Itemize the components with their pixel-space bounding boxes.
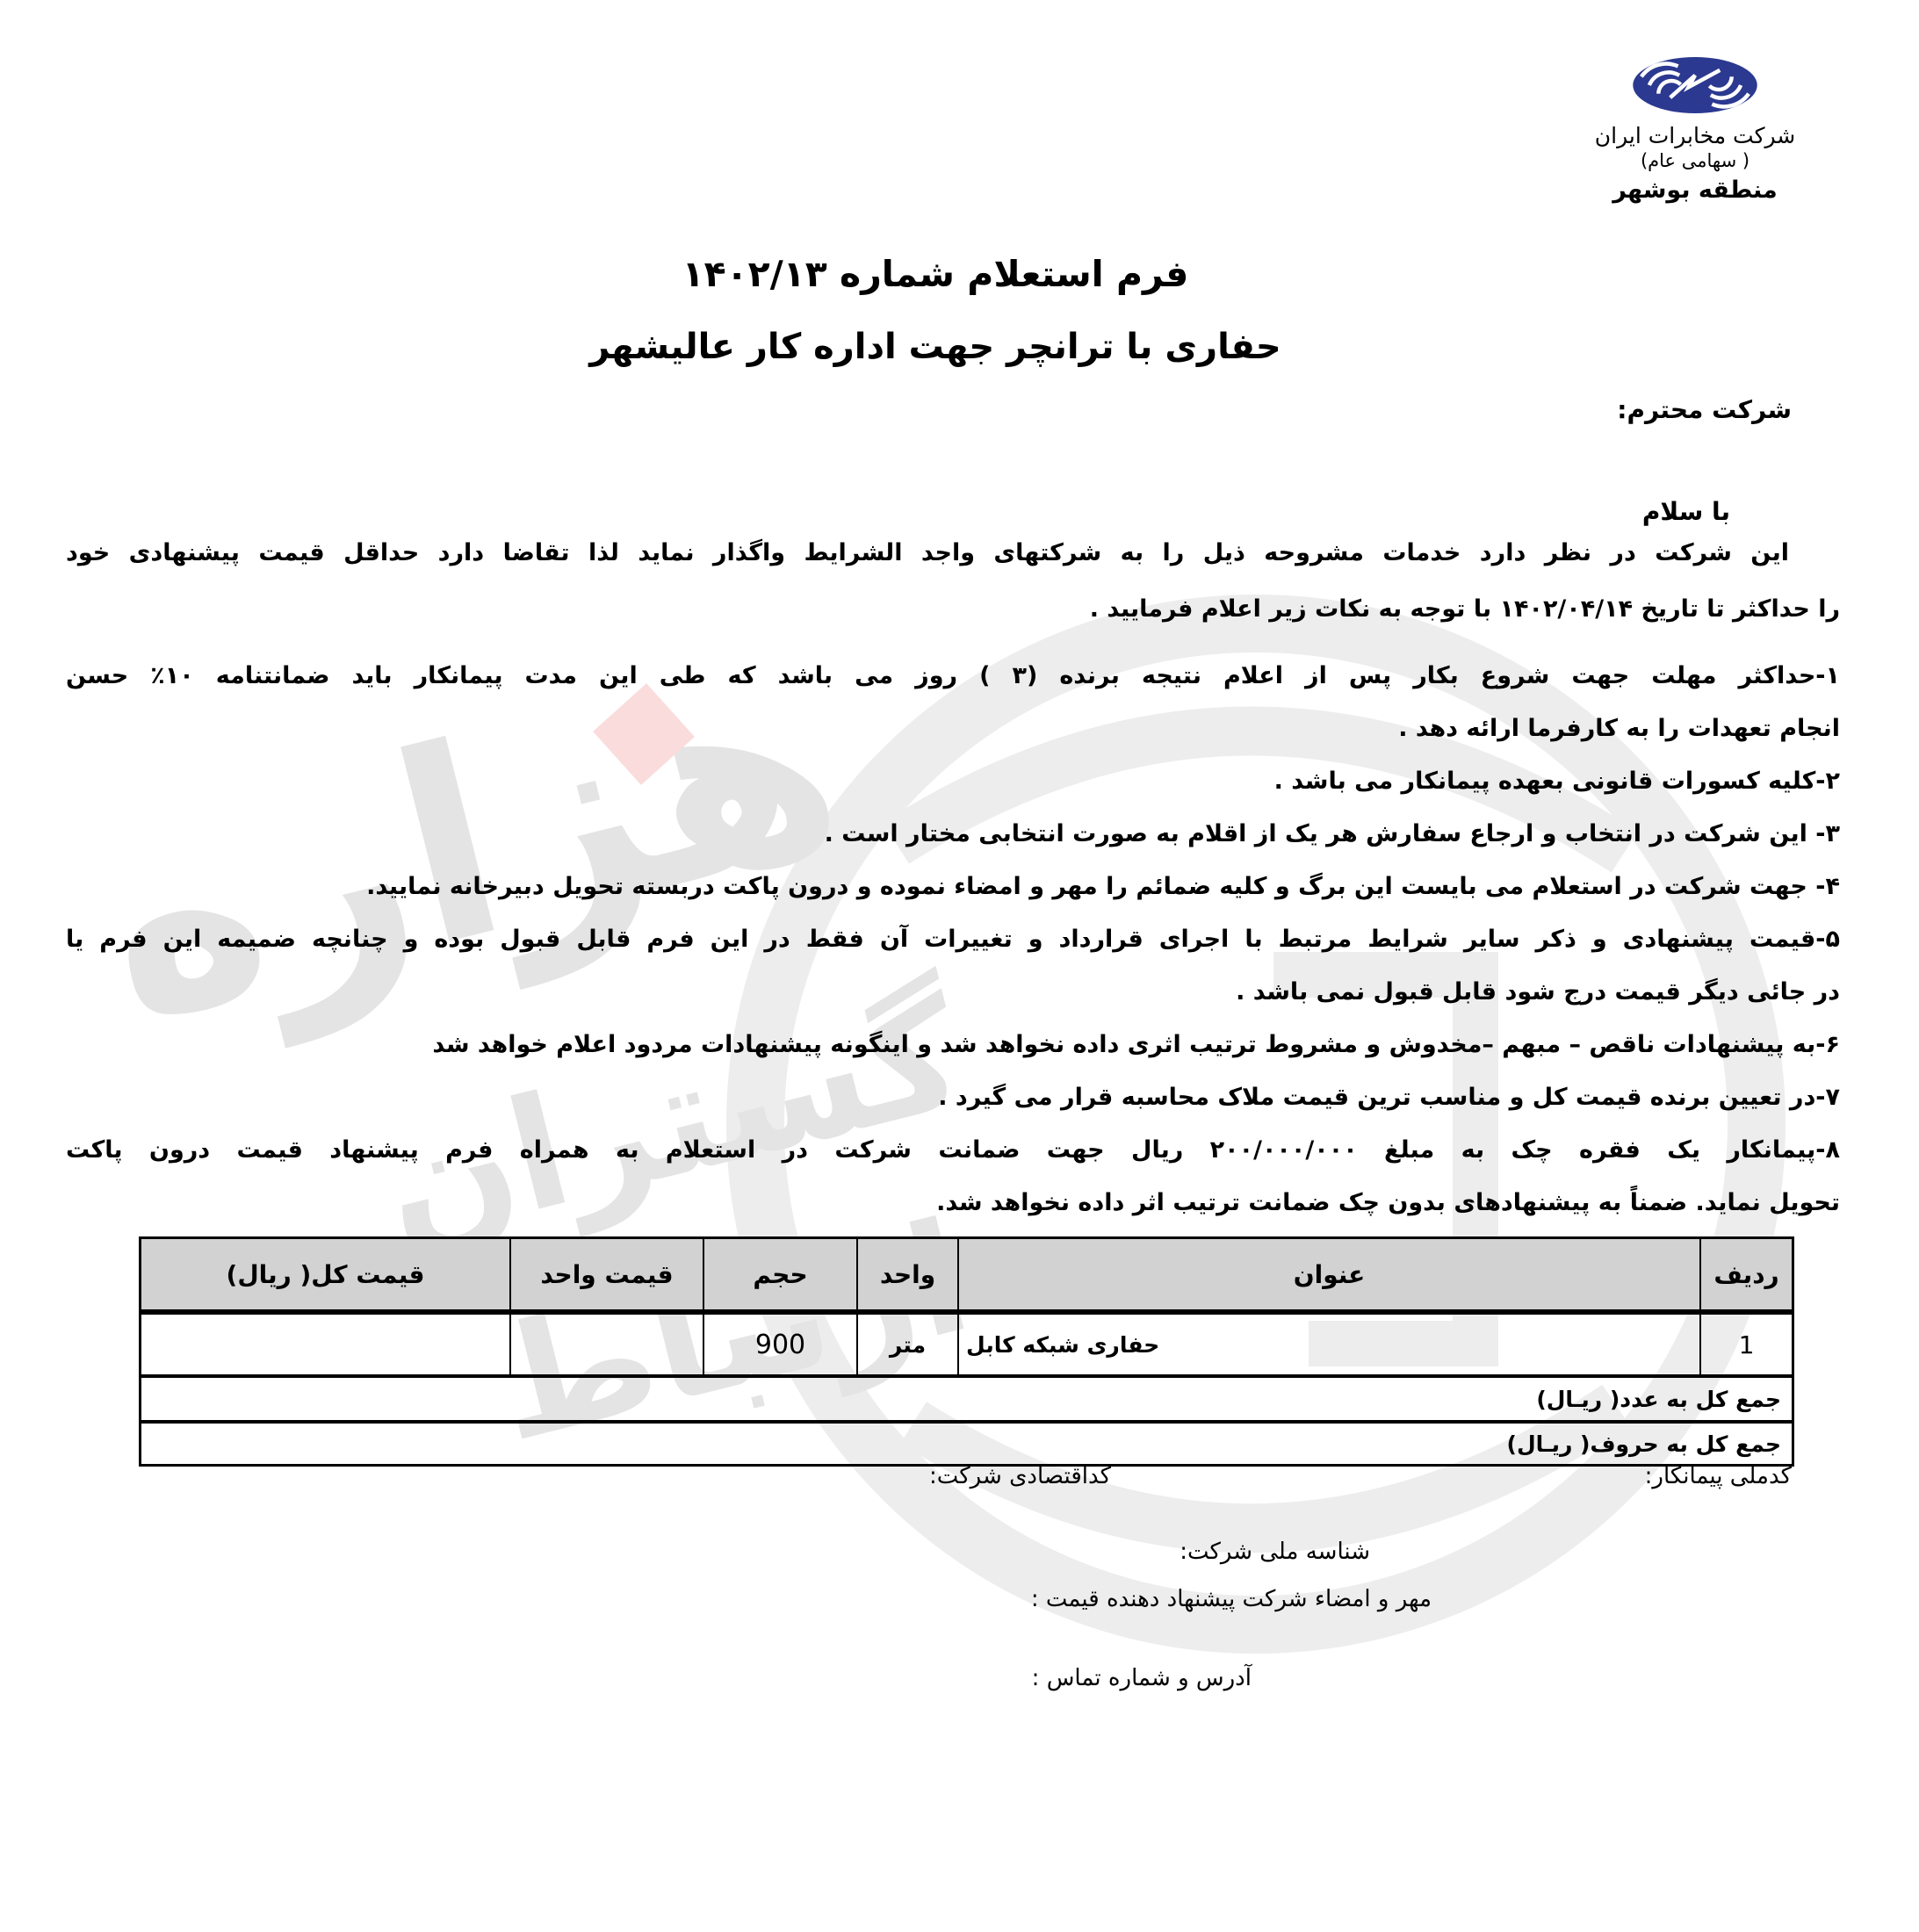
intro-line-2: را حداکثر تا تاریخ ۱۴۰۲/۰۴/۱۴ با توجه به… xyxy=(66,581,1840,638)
condition-line-10: ۸-پیمانکار یک فقره چک به مبلغ ۲۰۰/۰۰۰/۰۰… xyxy=(66,1124,1840,1177)
total-in-words-row: جمع کل به حروف( ریـال) xyxy=(141,1424,1792,1464)
cell-qty: 900 xyxy=(703,1315,856,1374)
price-table: ردیف عنوان واحد حجم قیمت واحد قیمت کل( ر… xyxy=(139,1236,1794,1467)
intro-paragraph: این شرکت در نظر دارد خدمات مشروحه ذیل را… xyxy=(66,525,1840,638)
cell-row-no: 1 xyxy=(1699,1315,1792,1374)
conditions-list: ۱-حداکثر مهلت جهت شروع بکار پس از اعلام … xyxy=(66,650,1840,1229)
condition-line-5: ۴- جهت شرکت در استعلام می بایست این برگ … xyxy=(66,861,1840,913)
company-name: شرکت مخابرات ایران xyxy=(1555,123,1836,148)
company-economic-code-label: کداقتصادی شرکت: xyxy=(929,1463,1111,1489)
cell-unit: متر xyxy=(856,1315,957,1374)
condition-line-6: ۵-قیمت پیشنهادی و ذکر سایر شرایط مرتبط ب… xyxy=(66,913,1840,966)
condition-line-2: انجام تعهدات را به کارفرما ارائه دهد . xyxy=(66,703,1840,755)
stamp-signature-label: مهر و امضاء شرکت پیشنهاد دهنده قیمت : xyxy=(1031,1586,1432,1612)
header-cell-unit-price: قیمت واحد xyxy=(509,1239,703,1309)
header-cell-title: عنوان xyxy=(957,1239,1699,1309)
header-cell-unit: واحد xyxy=(856,1239,957,1309)
condition-line-11: تحویل نماید. ضمناً به پیشنهادهای بدون چک… xyxy=(66,1177,1840,1229)
tci-logo-icon xyxy=(1629,54,1761,119)
header-cell-row-no: ردیف xyxy=(1699,1239,1792,1309)
form-title: فرم استعلام شماره ۱۴۰۲/۱۳ xyxy=(0,253,1871,295)
table-data-row: 1 حفاری شبکه کابل متر 900 xyxy=(141,1315,1792,1378)
condition-line-1: ۱-حداکثر مهلت جهت شروع بکار پس از اعلام … xyxy=(66,650,1840,703)
form-subtitle: حفاری با ترانچر جهت اداره کار عالیشهر xyxy=(0,327,1871,367)
total-in-numbers-row: جمع کل به عدد( ریـال) xyxy=(141,1378,1792,1424)
condition-line-3: ۲-کلیه کسورات قانونی بعهده پیمانکار می ب… xyxy=(66,755,1840,808)
header-cell-total: قیمت کل( ریال) xyxy=(141,1239,509,1309)
address-contact-label: آدرس و شماره تماس : xyxy=(1032,1665,1252,1691)
condition-line-9: ۷-در تعیین برنده قیمت کل و مناسب ترین قی… xyxy=(66,1071,1840,1124)
cell-unit-price xyxy=(509,1315,703,1374)
header-cell-qty: حجم xyxy=(703,1239,856,1309)
condition-line-4: ۳- این شرکت در انتخاب و ارجاع سفارش هر ی… xyxy=(66,808,1840,861)
cell-title: حفاری شبکه کابل xyxy=(957,1315,1699,1374)
company-region: منطقه بوشهر xyxy=(1555,177,1836,204)
intro-line-1: این شرکت در نظر دارد خدمات مشروحه ذیل را… xyxy=(66,525,1840,581)
condition-line-8: ۶-به پیشنهادات ناقص – مبهم –مخدوش و مشرو… xyxy=(66,1019,1840,1071)
condition-line-7: در جائی دیگر قیمت درج شود قابل قبول نمی … xyxy=(66,966,1840,1019)
greeting-label: با سلام xyxy=(1642,497,1730,526)
company-type: ( سهامی عام) xyxy=(1555,150,1836,171)
cell-total-price xyxy=(141,1315,509,1374)
table-header-row: ردیف عنوان واحد حجم قیمت واحد قیمت کل( ر… xyxy=(141,1239,1792,1315)
document-page: هزاره گستران ارتباط شرکت مخابرات ایران (… xyxy=(0,0,1919,1932)
company-national-id-label: شناسه ملی شرکت: xyxy=(1180,1539,1370,1565)
dear-company-label: شرکت محترم: xyxy=(1617,395,1792,424)
contractor-national-code-label: کدملی پیمانکار: xyxy=(1645,1463,1792,1489)
